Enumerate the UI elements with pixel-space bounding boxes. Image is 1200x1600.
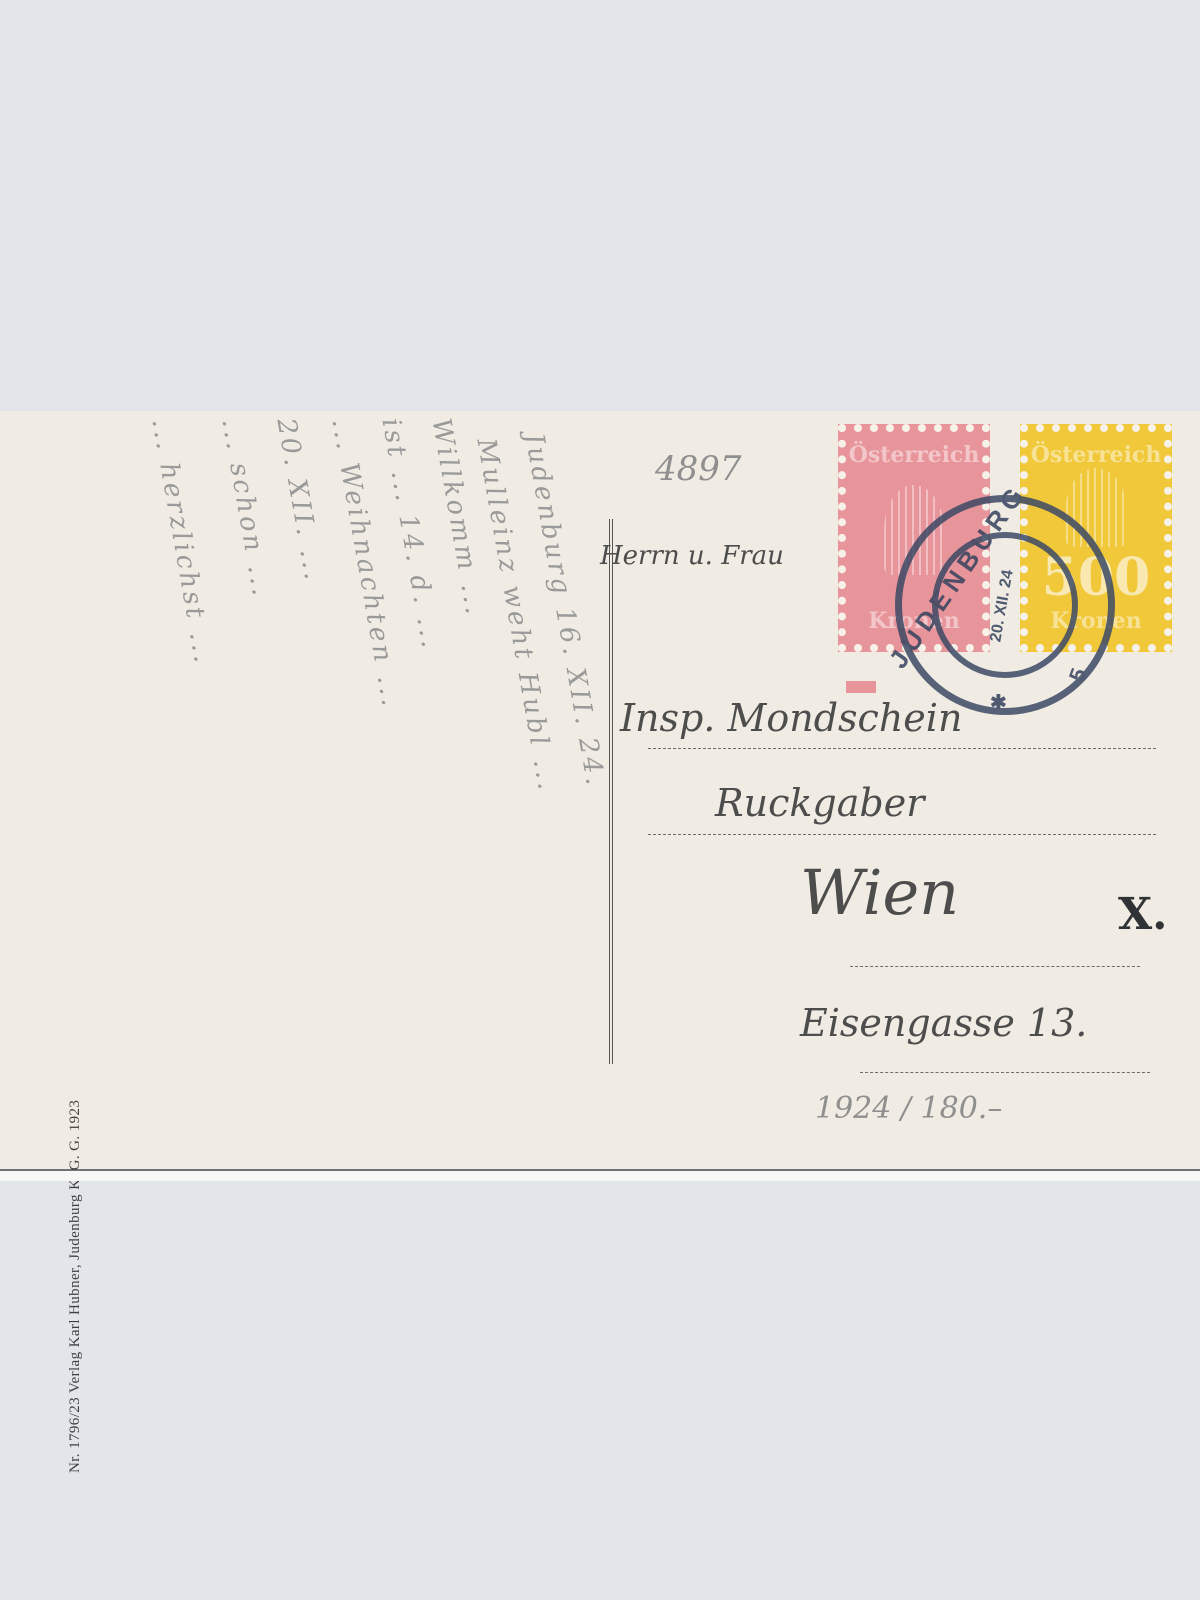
message-line: 20. XII. ... xyxy=(270,416,328,585)
address-city: Wien xyxy=(800,856,959,929)
stamp-country: Österreich xyxy=(1031,442,1162,468)
address-line1: Insp. Mondschein xyxy=(620,696,962,740)
star-icon: ✱ xyxy=(990,690,1007,715)
address-dotted-line xyxy=(850,966,1140,967)
pencil-note-bottom: 1924 / 180.– xyxy=(815,1091,1002,1126)
message-line: ... schon ... xyxy=(215,416,276,601)
pencil-note-top: 4897 xyxy=(655,449,742,489)
postmark: JUDENBURG 20. XII. 24 5 ✱ xyxy=(895,495,1115,715)
divider-line xyxy=(609,519,613,1064)
address-salutation: Herrn u. Frau xyxy=(600,541,784,571)
postcard: Nr. 1796/23 Verlag Karl Hubner, Judenbur… xyxy=(0,411,1200,1171)
address-dotted-line xyxy=(648,748,1156,749)
address-line2: Ruckgaber xyxy=(715,781,924,825)
publisher-imprint: Nr. 1796/23 Verlag Karl Hubner, Judenbur… xyxy=(67,1100,84,1473)
postmark-code: 5 xyxy=(1064,665,1093,685)
stamp-country: Österreich xyxy=(849,442,980,468)
address-dotted-line xyxy=(648,834,1156,835)
address-dotted-line xyxy=(860,1072,1150,1073)
message-line: ... herzlichst ... xyxy=(145,416,218,668)
address-district: X. xyxy=(1118,889,1167,940)
address-street: Eisengasse 13. xyxy=(800,1001,1087,1045)
stamp-fragment xyxy=(846,681,876,693)
